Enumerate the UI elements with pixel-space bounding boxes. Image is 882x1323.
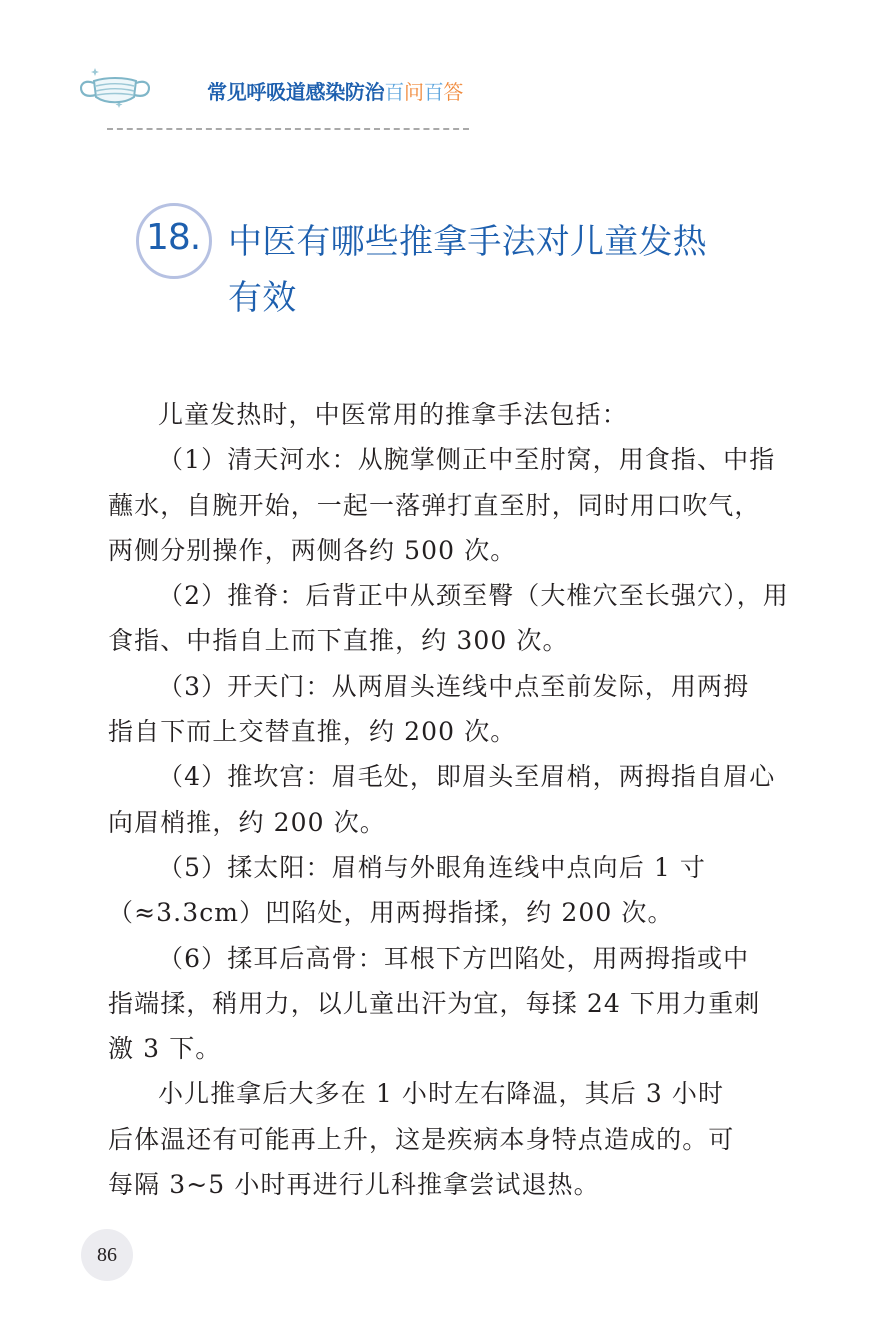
body-line: 儿童发热时，中医常用的推拿手法包括：	[108, 392, 748, 437]
body-line: 蘸水，自腕开始，一起一落弹打直至肘，同时用口吹气，	[108, 483, 748, 528]
page-number: 86	[97, 1244, 117, 1267]
body-line: 食指、中指自上而下直推，约 300 次。	[108, 618, 748, 663]
question-number: 18.	[146, 216, 200, 260]
body-line: 指自下而上交替直推，约 200 次。	[108, 709, 748, 754]
book-title-highlight-3: 百	[424, 80, 444, 104]
body-line: 向眉梢推，约 200 次。	[108, 800, 748, 845]
body-line: 小儿推拿后大多在 1 小时左右降温，其后 3 小时	[108, 1071, 748, 1116]
book-title-highlight-4: 答	[443, 80, 463, 104]
body-line: 激 3 下。	[108, 1026, 748, 1071]
book-title-highlight-2: 问	[404, 80, 424, 104]
body-line: 两侧分别操作，两侧各约 500 次。	[108, 528, 748, 573]
body-text: 儿童发热时，中医常用的推拿手法包括： （1）清天河水：从腕掌侧正中至肘窝，用食指…	[108, 392, 748, 1207]
book-title-highlight-1: 百	[384, 80, 404, 104]
header-divider	[107, 128, 469, 130]
question-title-line-2: 有效	[228, 270, 748, 326]
body-line: 指端揉，稍用力，以儿童出汗为宜，每揉 24 下用力重刺	[108, 981, 748, 1026]
body-line: 每隔 3~5 小时再进行儿科推拿尝试退热。	[108, 1162, 748, 1207]
body-line: 后体温还有可能再上升，这是疾病本身特点造成的。可	[108, 1117, 748, 1162]
body-line: （1）清天河水：从腕掌侧正中至肘窝，用食指、中指	[108, 437, 748, 482]
book-title-main: 常见呼吸道感染防治	[207, 80, 384, 104]
face-mask-icon	[78, 64, 154, 114]
question-title: 中医有哪些推拿手法对儿童发热 有效	[228, 214, 748, 326]
body-line: （3）开天门：从两眉头连线中点至前发际，用两拇	[108, 664, 748, 709]
body-line: （≈3.3cm）凹陷处，用两拇指揉，约 200 次。	[108, 890, 748, 935]
body-line: （6）揉耳后高骨：耳根下方凹陷处，用两拇指或中	[108, 936, 748, 981]
book-title: 常见呼吸道感染防治百问百答	[207, 78, 463, 106]
page-number-badge: 86	[81, 1229, 133, 1281]
question-title-line-1: 中医有哪些推拿手法对儿童发热	[228, 214, 748, 270]
body-line: （2）推脊：后背正中从颈至臀（大椎穴至长强穴），用	[108, 573, 748, 618]
body-line: （4）推坎宫：眉毛处，即眉头至眉梢，两拇指自眉心	[108, 754, 748, 799]
body-line: （5）揉太阳：眉梢与外眼角连线中点向后 1 寸	[108, 845, 748, 890]
